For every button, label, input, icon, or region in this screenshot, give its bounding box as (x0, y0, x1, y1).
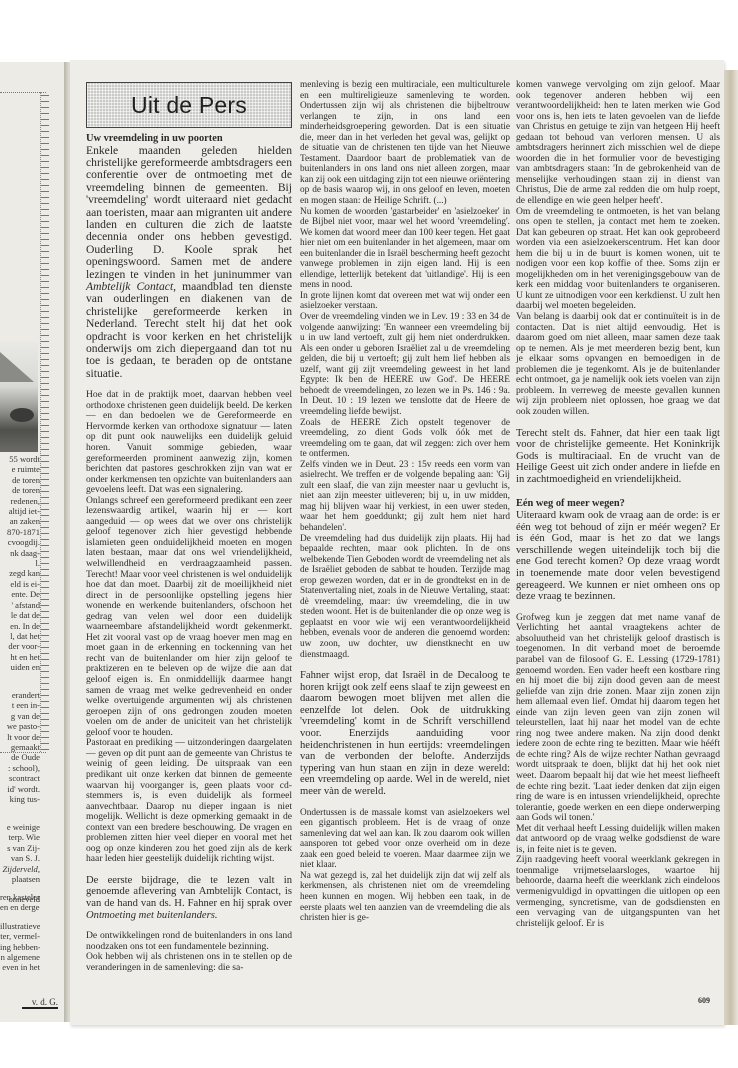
text-fragment: s van Zij- (0, 843, 40, 853)
text-fragment: de toren (0, 475, 40, 485)
church-photo (0, 342, 38, 452)
text-fragment: der voor- (0, 641, 40, 651)
text-fragment (0, 913, 40, 921)
text-fragment: gemaakt (0, 742, 40, 752)
paragraph: Na wat gezegd is, zal het duidelijk zijn… (300, 871, 510, 924)
section-title: Uit de Pers (131, 100, 247, 111)
text-fragment: uiden en (0, 662, 40, 672)
text-fragment: illustratieve (0, 921, 40, 931)
lead-text: Enkele maanden geleden hielden christeli… (86, 144, 292, 281)
text-fragment: g van de (0, 711, 40, 721)
text-fragment: id' wordt. (0, 784, 40, 794)
paragraph: Uiteraard kwam ook de vraag aan de orde:… (516, 510, 720, 603)
paragraph: Ondertussen is de massale komst van asie… (300, 808, 510, 871)
paragraph: Nu komen de woorden 'gastarbeider' en 'a… (300, 207, 510, 291)
paragraph: Over de vreemdeling vinden we in Lev. 19… (300, 312, 510, 417)
text-fragment: ing hebben- (0, 942, 40, 952)
tree-shape (10, 408, 34, 422)
paragraph: De ontwikkelingen rond de buitenlanders … (86, 931, 292, 952)
text-fragment: le dat de (0, 610, 40, 620)
text-fragment: van S. J. (0, 853, 40, 863)
previous-page-edge: 55 wordt e ruimte de toren de toren rede… (0, 62, 65, 1022)
page-number: 609 (698, 996, 710, 1005)
text-fragment: cvoogdij. (0, 537, 40, 547)
paragraph: Fahner wijst erop, dat Israël in de Deca… (300, 670, 510, 798)
text-fragment: : school), (0, 763, 40, 773)
text-fragment: we pasto- (0, 721, 40, 731)
text-fragment: zegd kan (0, 568, 40, 578)
paragraph: Zelfs vinden we in Deut. 23 : 15v reeds … (300, 460, 510, 534)
text-fragment: terp. Wie (0, 832, 40, 842)
text-fragment: l, dat het (0, 631, 40, 641)
text-fragment: redenen, (0, 496, 40, 506)
paragraph: In grote lijnen komt dat overeen met wat… (300, 291, 510, 312)
previous-page-text-mid: erandert t een in- g van de we pasto- lt… (0, 690, 40, 804)
church-roof-shape (0, 352, 34, 382)
decorative-wavy-border (40, 92, 49, 752)
text-fragment: king tus- (0, 794, 40, 804)
text-fragment: en en derge- (0, 902, 40, 912)
lead-paragraph: Enkele maanden geleden hielden christeli… (86, 145, 292, 381)
text-fragment: en. In de (0, 621, 40, 631)
text-fragment: ter, vermel- (0, 931, 40, 941)
text-fragment: ren kastelen, (0, 892, 40, 902)
paragraph: Om de vreemdeling te ontmoeten, is het v… (516, 207, 720, 312)
column-3: komen vanwege vervolging om zijn geloof.… (516, 80, 720, 929)
paragraph: Zoals de HEERE Zich opstelt tegenover de… (300, 418, 510, 460)
previous-page-text-bottom: ren kastelen, en en derge- illustratieve… (0, 892, 40, 973)
text-fragment: eld is ei- (0, 579, 40, 589)
article-subhead: Eén weg of meer wegen? (516, 499, 720, 510)
paragraph: Zijn raadgeving heeft vooral weerklank g… (516, 855, 720, 929)
paragraph: Hoe dat in de praktijk moet, daarvan heb… (86, 390, 292, 495)
paragraph: Pastoraat en prediking — uitzonderingen … (86, 738, 292, 865)
paragraph: Met dit verhaal heeft Lessing duidelijk … (516, 824, 720, 856)
text-fragment: scontract (0, 773, 40, 783)
text-fragment: 55 wordt (0, 454, 40, 464)
paragraph: Onlangs schreef een gereformeerd predika… (86, 496, 292, 739)
paragraph: menleving is bezig een multiraciale, een… (300, 80, 510, 207)
text-fragment: altijd iet- (0, 506, 40, 516)
text-fragment: plaatsen (0, 874, 40, 884)
paragraph: komen vanwege vervolging om zijn geloof.… (516, 80, 720, 207)
lecture-title: Ontmoeting met buitenlanders. (86, 910, 218, 921)
text-fragment: e ruimte (0, 464, 40, 474)
text-fragment: ente. De (0, 589, 40, 599)
text-fragment: even in het (0, 962, 40, 972)
lead-text-end: , maandblad ten dienste van ouderlingen … (86, 280, 292, 380)
text-fragment: nk daag- (0, 548, 40, 558)
text-fragment: l. (0, 558, 40, 568)
text-fragment: Zijderveld, (0, 864, 40, 874)
paragraph: De vreemdeling had dus duidelijk zijn pl… (300, 534, 510, 661)
text-fragment: an zaken (0, 516, 40, 526)
text-fragment: de toren (0, 485, 40, 495)
magazine-page: Uit de Pers Uw vreemdeling in uw poorten… (70, 60, 724, 1025)
paragraph: Terecht stelt ds. Fahner, dat hier een t… (516, 428, 720, 486)
previous-page-text-top: 55 wordt e ruimte de toren de toren rede… (0, 454, 40, 673)
paragraph: De eerste bijdrage, die te lezen valt in… (86, 875, 292, 921)
text-fragment: ht en het (0, 652, 40, 662)
text-fragment: ' afstand (0, 600, 40, 610)
section-header-box: Uit de Pers (86, 82, 292, 128)
text-fragment: erandert (0, 690, 40, 700)
text-fragment: de Oude (0, 752, 40, 762)
author-signature: v. d. G. (22, 997, 58, 1009)
paragraph-text: De eerste bijdrage, die te lezen valt in… (86, 875, 292, 909)
paragraph: Grofweg kun je zeggen dat met name vanaf… (516, 613, 720, 824)
publication-title: Ambtelijk Contact (86, 280, 173, 293)
text-fragment: 870-1871 (0, 527, 40, 537)
paragraph: Van belang is daarbij ook dat er continu… (516, 312, 720, 417)
column-1: Uit de Pers Uw vreemdeling in uw poorten… (86, 82, 292, 973)
text-fragment: e weinige (0, 822, 40, 832)
paragraph: Ook hebben wij als christenen ons in te … (86, 952, 292, 973)
page-stack-edge (724, 70, 738, 1025)
text-fragment: lt voor de (0, 732, 40, 742)
text-fragment: n algemene (0, 952, 40, 962)
text-fragment: t een in- (0, 700, 40, 710)
column-2: menleving is bezig een multiraciale, een… (300, 80, 510, 924)
